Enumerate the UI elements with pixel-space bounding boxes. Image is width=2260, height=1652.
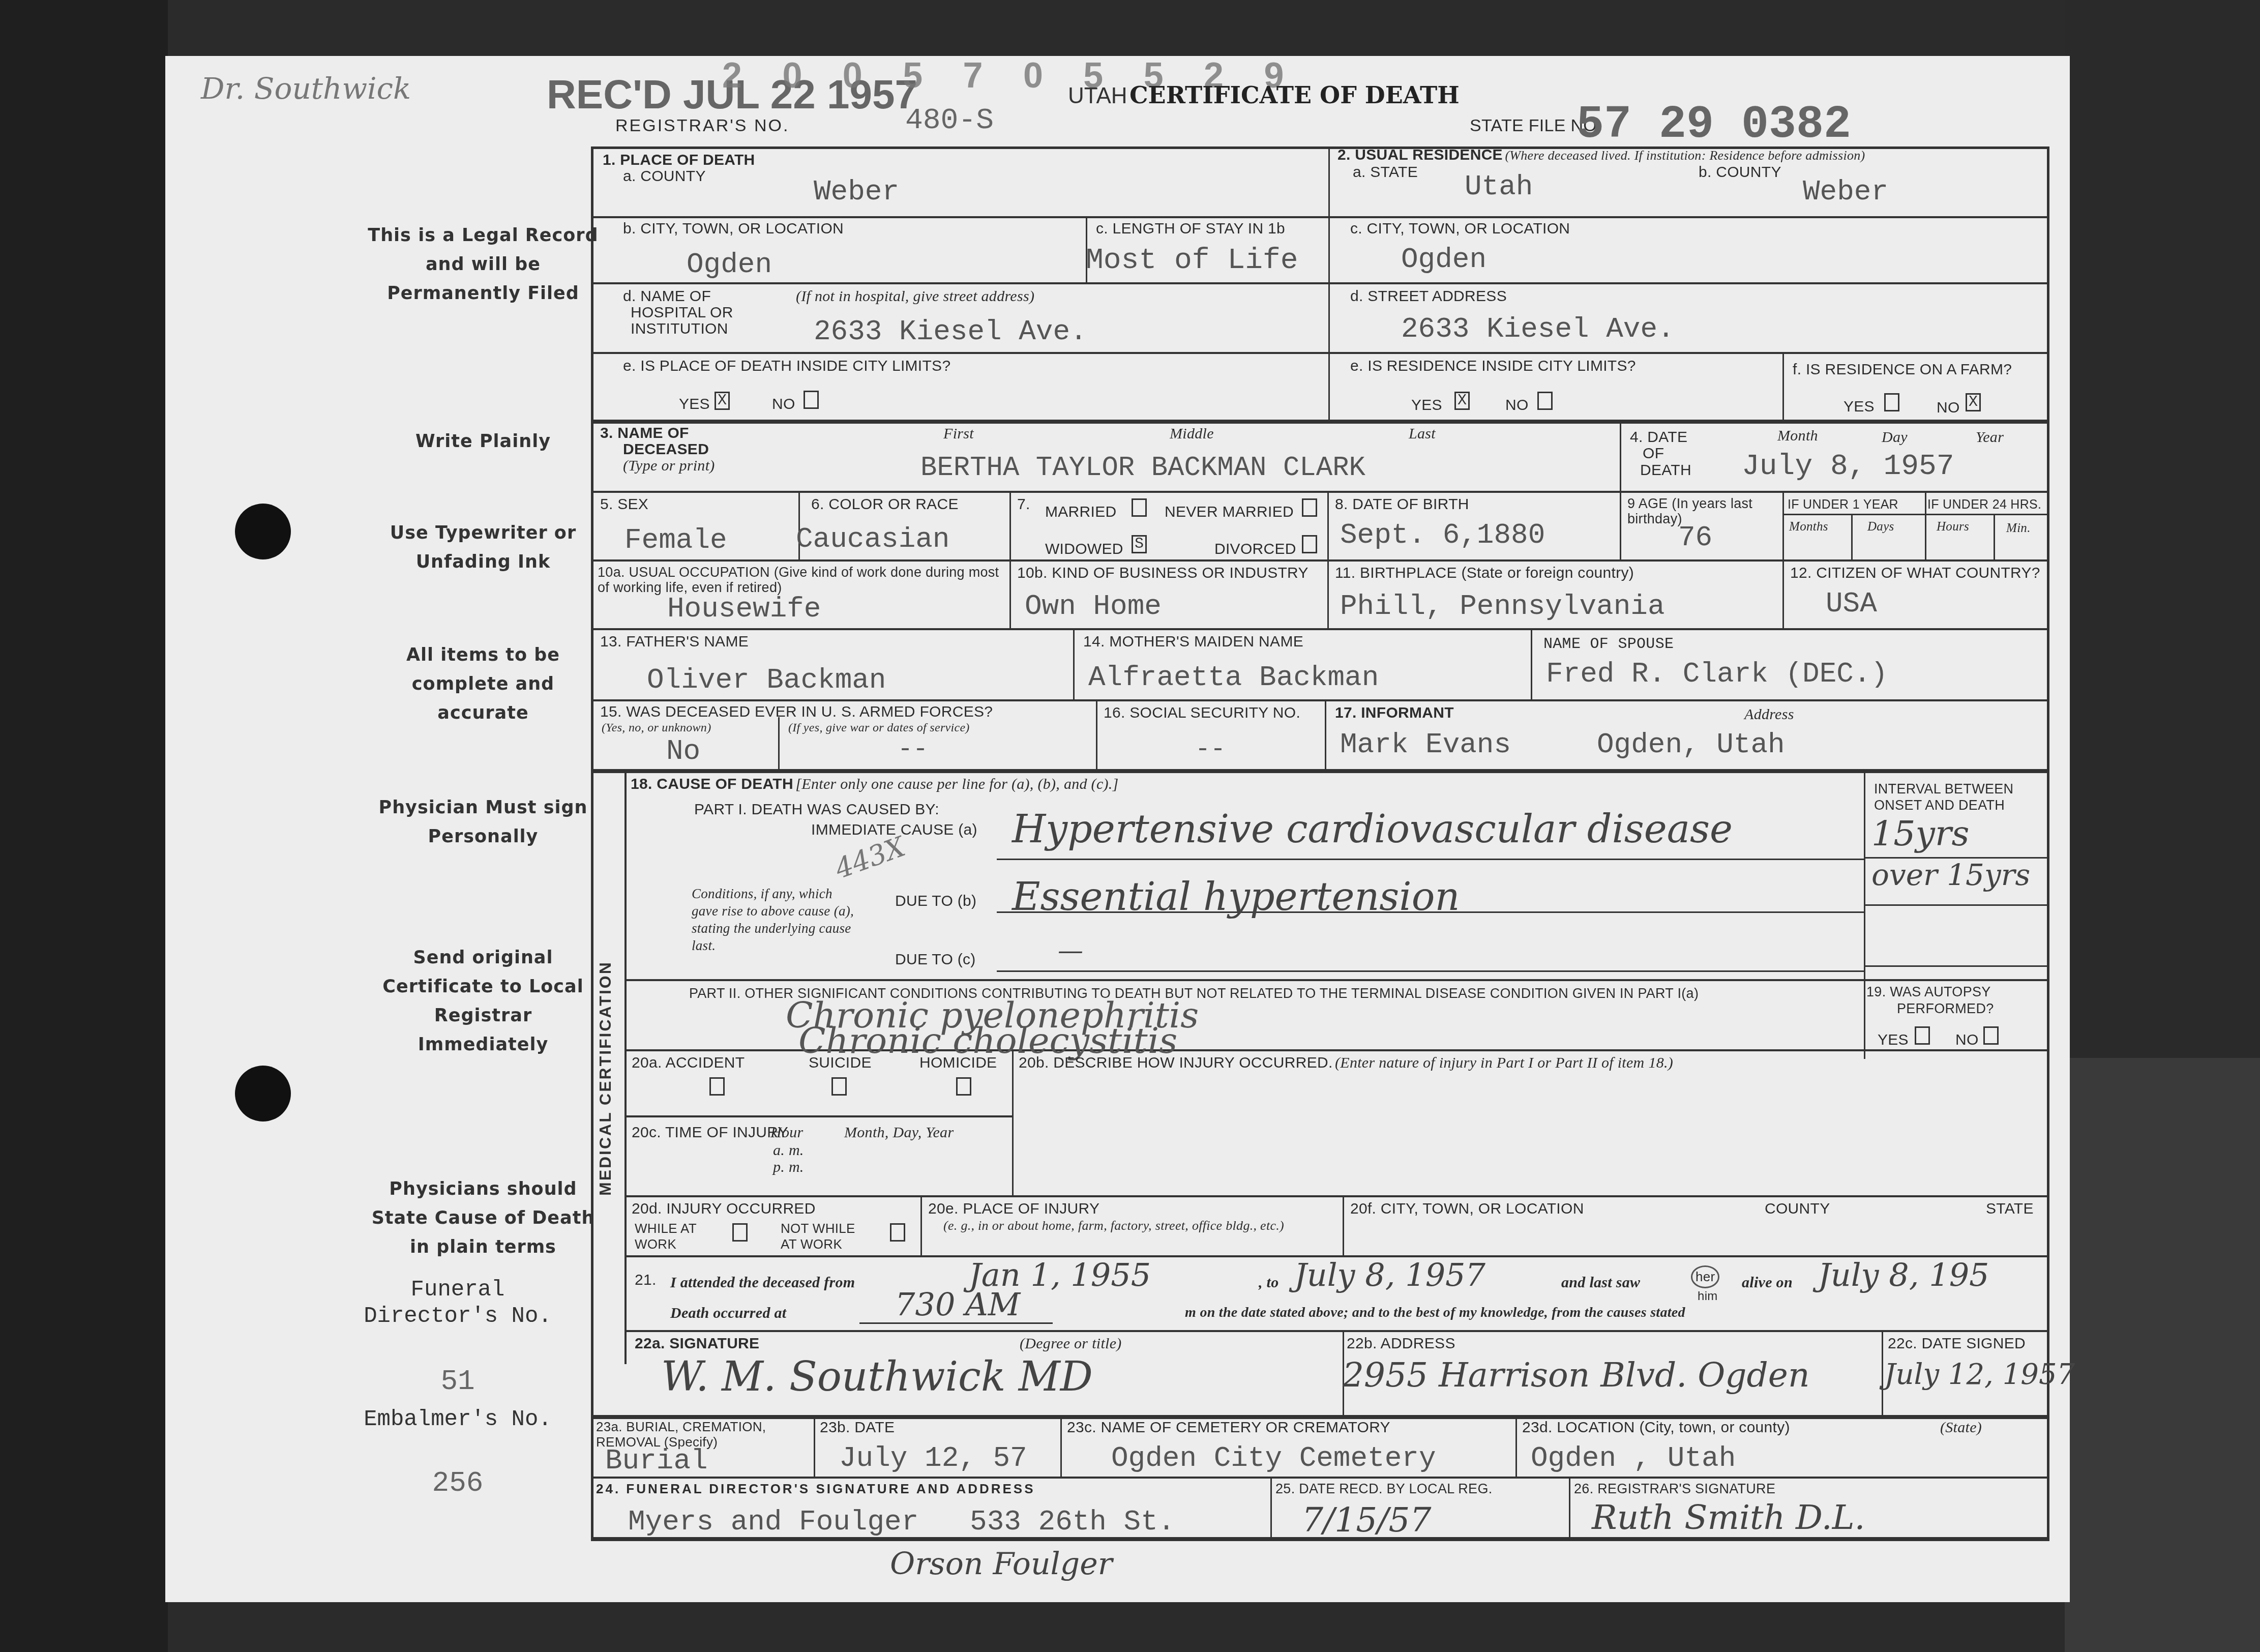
deceased-full-name: BERTHA TAYLOR BACKMAN CLARK: [920, 453, 1365, 484]
armed-forces-hint-yes-no: (Yes, no, or unknown): [602, 721, 711, 735]
handwritten-doctor-note: Dr. Southwick: [201, 71, 411, 106]
armed-forces-label: 15. WAS DECEASED EVER IN U. S. ARMED FOR…: [600, 703, 993, 721]
divider: [1515, 1415, 1517, 1478]
divider: [778, 717, 780, 769]
cause-of-death-label: 18. CAUSE OF DEATH: [631, 776, 793, 792]
usual-residence-label: 2. USUAL RESIDENCE: [1337, 146, 1503, 163]
not-while-at-work-checkbox[interactable]: [890, 1223, 905, 1242]
death-time-value: 730 AM: [895, 1286, 1020, 1323]
divider: [1851, 514, 1853, 559]
attestation-item-label: 21.: [635, 1272, 657, 1289]
never-married-checkbox[interactable]: [1302, 498, 1317, 517]
cemetery-value: Ogden City Cemetery: [1111, 1442, 1436, 1474]
sidebar-note-physician-sign: Physician Must sign Personally: [366, 793, 600, 851]
widowed-checkbox[interactable]: S: [1132, 535, 1147, 553]
accident-label: 20a. ACCIDENT: [632, 1054, 745, 1072]
widowed-label: WIDOWED: [1045, 541, 1123, 558]
occupation-label: 10a. USUAL OCCUPATION (Give kind of work…: [598, 565, 1004, 595]
hour-label: Hour: [770, 1124, 804, 1141]
death-county-value: Weber: [814, 175, 899, 208]
divider: [1328, 146, 1330, 420]
divider: [591, 699, 2049, 701]
death-inside-no-label: NO: [772, 396, 795, 413]
dob-value: Sept. 6,1880: [1340, 519, 1545, 551]
death-city-label: b. CITY, TOWN, OR LOCATION: [623, 220, 844, 238]
burial-location-value: Ogden , Utah: [1531, 1442, 1736, 1474]
never-married-label: NEVER MARRIED: [1165, 504, 1294, 521]
divider: [1620, 420, 1621, 491]
residence-street-value: 2633 Kiesel Ave.: [1401, 313, 1675, 345]
date-of-death-label-2: OF: [1643, 445, 1664, 462]
interval-b-value: over 15yrs: [1871, 860, 2039, 890]
divider: [1009, 491, 1011, 628]
informant-label: 17. INFORMANT: [1335, 704, 1454, 722]
sidebar-note-send-original: Send original Certificate to Local Regis…: [366, 943, 600, 1059]
alive-on-text: alive on: [1742, 1274, 1793, 1291]
divider: [920, 1195, 922, 1256]
divider: [1864, 904, 2049, 906]
funeral-director-no: 51: [341, 1368, 575, 1395]
divider: [1060, 1415, 1062, 1478]
residence-farm-yes-checkbox[interactable]: [1884, 393, 1899, 411]
injury-describe-header: 20b. DESCRIBE HOW INJURY OCCURRED. (Ente…: [1019, 1054, 1673, 1072]
suicide-checkbox[interactable]: [831, 1077, 847, 1096]
autopsy-label-1: 19. WAS AUTOPSY: [1866, 984, 1991, 1000]
physician-address-value: 2955 Harrison Blvd. Ogden: [1343, 1355, 1809, 1395]
residence-farm-label: f. IS RESIDENCE ON A FARM?: [1793, 361, 2012, 378]
attended-text: I attended the deceased from: [670, 1274, 855, 1291]
divider: [591, 420, 2049, 424]
ssn-label: 16. SOCIAL SECURITY NO.: [1104, 704, 1300, 722]
sidebar-note-plain-terms: Physicians should State Cause of Death i…: [366, 1175, 600, 1262]
date-of-death-label-3: DEATH: [1640, 462, 1691, 479]
title-main: CERTIFICATE OF DEATH: [1129, 81, 1460, 109]
under-1-year-label: IF UNDER 1 YEAR: [1788, 497, 1898, 512]
death-inside-yes-checkbox[interactable]: X: [715, 392, 730, 410]
divider: [627, 1195, 2049, 1197]
divider: [591, 559, 2049, 562]
spouse-value: Fred R. Clark (DEC.): [1546, 658, 1888, 690]
death-inside-city-label: e. IS PLACE OF DEATH INSIDE CITY LIMITS?: [623, 358, 950, 375]
place-of-death-label: 1. PLACE OF DEATH: [603, 152, 755, 169]
residence-farm-no-label: NO: [1937, 399, 1960, 417]
date-signed-value: July 12, 1957: [1884, 1358, 2075, 1391]
father-label: 13. FATHER'S NAME: [600, 633, 749, 651]
hospital-value: 2633 Kiesel Ave.: [814, 315, 1087, 348]
divider: [1782, 352, 1784, 420]
divider: [627, 1330, 2049, 1332]
married-label: MARRIED: [1045, 504, 1116, 521]
burial-date-label: 23b. DATE: [820, 1419, 895, 1436]
date-of-death-value: July 8, 1957: [1742, 450, 1954, 483]
scan-background-left: [0, 0, 168, 1652]
while-at-work-label: WHILE AT WORK: [635, 1221, 711, 1252]
sidebar-note-complete: All items to be complete and accurate: [366, 641, 600, 728]
length-of-stay-value: Most of Life: [1086, 244, 1298, 277]
divider: [591, 216, 2049, 218]
divider: [1925, 491, 1926, 559]
divider: [627, 1115, 1012, 1117]
registrar-signature: Ruth Smith D.L.: [1592, 1498, 1865, 1537]
residence-farm-yes-label: YES: [1843, 398, 1875, 416]
funeral-director-signature: Orson Foulger: [890, 1546, 1112, 1582]
registrar-no-label: REGISTRAR'S NO.: [615, 116, 789, 136]
registrar-signature-label: 26. REGISTRAR'S SIGNATURE: [1574, 1481, 1775, 1497]
deceased-name-label-1: 3. NAME OF: [600, 425, 689, 442]
medical-certification-label: MEDICAL CERTIFICATION: [596, 946, 621, 1211]
divider: [1994, 514, 1995, 559]
residence-inside-yes-checkbox[interactable]: X: [1454, 392, 1470, 410]
sidebar-note-legal-record: This is a Legal Record and will be Perma…: [366, 221, 600, 308]
under-24-hrs-label: IF UNDER 24 HRS.: [1927, 497, 2041, 512]
birthplace-value: Phill, Pennsylvania: [1340, 590, 1665, 623]
divider: [1270, 1477, 1272, 1540]
father-value: Oliver Backman: [647, 664, 886, 696]
burial-location-label: 23d. LOCATION (City, town, or county): [1522, 1419, 1790, 1436]
not-while-at-work-label: NOT WHILE AT WORK: [781, 1221, 862, 1252]
middle-name-label: Middle: [1170, 425, 1214, 442]
part1-label: PART I. DEATH WAS CAUSED BY:: [694, 801, 939, 818]
injury-county-label: COUNTY: [1765, 1200, 1830, 1218]
burial-method-value: Burial: [605, 1444, 708, 1477]
residence-city-value: Ogden: [1401, 243, 1486, 276]
hospital-label-2: HOSPITAL OR: [631, 304, 733, 321]
scan-background-right-lower: [2065, 1058, 2260, 1652]
death-county-label: a. COUNTY: [623, 168, 706, 185]
date-of-death-label-1: 4. DATE: [1630, 429, 1687, 446]
spouse-label: NAME OF SPOUSE: [1543, 636, 1674, 653]
usual-residence-header: 2. USUAL RESIDENCE (Where deceased lived…: [1337, 146, 1865, 164]
informant-address-label: Address: [1744, 706, 1794, 723]
time-of-injury-label: 20c. TIME OF INJURY: [632, 1124, 788, 1141]
underline-c: [997, 970, 1864, 972]
business-value: Own Home: [1025, 590, 1162, 623]
divider: [625, 769, 627, 1364]
due-to-c-label: DUE TO (c): [895, 951, 976, 968]
day-label: Day: [1882, 429, 1908, 446]
autopsy-label-2: PERFORMED?: [1897, 1001, 1994, 1017]
race-value: Caucasian: [796, 523, 949, 555]
divider: [1531, 628, 1532, 699]
residence-county-value: Weber: [1803, 175, 1888, 208]
residence-inside-yes-label: YES: [1411, 397, 1442, 414]
married-checkbox[interactable]: [1132, 498, 1147, 517]
underline-a: [997, 859, 1864, 860]
physician-address-label: 22b. ADDRESS: [1347, 1335, 1455, 1352]
to-text: , to: [1259, 1274, 1279, 1291]
hospital-label-3: INSTITUTION: [631, 320, 728, 338]
place-of-injury-label: 20e. PLACE OF INJURY: [928, 1200, 1099, 1218]
month-label: Month: [1777, 427, 1818, 445]
sex-value: Female: [625, 524, 727, 556]
due-to-b-value: Essential hypertension: [1012, 874, 1460, 919]
occupation-value: Housewife: [667, 593, 821, 625]
death-occurred-text: Death occurred at: [670, 1305, 786, 1322]
embalmer-no: 256: [341, 1470, 575, 1496]
punch-hole-icon: [235, 1066, 291, 1122]
residence-county-label: b. COUNTY: [1699, 164, 1781, 181]
cause-of-death-hint: [Enter only one cause per line for (a), …: [795, 776, 1118, 792]
divider: [591, 769, 2049, 773]
conditions-hint: Conditions, if any, which gave rise to a…: [692, 885, 854, 954]
death-inside-yes-label: YES: [679, 396, 710, 413]
divider: [1327, 491, 1329, 628]
months-label: Months: [1789, 520, 1828, 534]
death-stated-text: m on the date stated above; and to the b…: [1185, 1305, 1685, 1321]
sidebar-note-typewriter: Use Typewriter or Unfading Ink: [366, 519, 600, 577]
divider: [1782, 491, 1784, 628]
burial-date-value: July 12, 57: [839, 1442, 1027, 1474]
divider: [1782, 514, 2049, 515]
cause-of-death-header: 18. CAUSE OF DEATH [Enter only one cause…: [631, 776, 1119, 793]
usual-residence-hint: (Where deceased lived. If institution: R…: [1505, 148, 1865, 163]
funeral-director-label: 24. FUNERAL DIRECTOR'S SIGNATURE AND ADD…: [596, 1481, 1035, 1497]
divider: [1343, 1195, 1344, 1256]
deceased-name-label-3: (Type or print): [623, 457, 715, 475]
armed-forces-value: No: [666, 735, 700, 768]
divider: [1073, 628, 1075, 699]
last-name-label: Last: [1409, 425, 1436, 442]
mother-value: Alfraetta Backman: [1088, 661, 1379, 694]
divider: [1096, 699, 1097, 769]
sidebar-note-write-plainly: Write Plainly: [366, 427, 600, 456]
cemetery-label: 23c. NAME OF CEMETERY OR CREMATORY: [1067, 1419, 1390, 1436]
injury-city-label: 20f. CITY, TOWN, OR LOCATION: [1350, 1200, 1584, 1218]
business-label: 10b. KIND OF BUSINESS OR INDUSTRY: [1017, 565, 1309, 582]
interval-a-value: 15yrs: [1871, 814, 1969, 854]
divider: [591, 1415, 2049, 1419]
divider: [814, 1415, 815, 1478]
divider: [1325, 699, 1326, 769]
month-day-year-label: Month, Day, Year: [844, 1124, 954, 1141]
due-to-c-value: —: [1058, 936, 1083, 965]
injury-describe-hint: (Enter nature of injury in Part I or Par…: [1335, 1054, 1673, 1071]
date-signed-label: 22c. DATE SIGNED: [1888, 1335, 2026, 1352]
divider: [1012, 1049, 1014, 1197]
citizen-label: 12. CITIZEN OF WHAT COUNTRY?: [1790, 565, 2040, 582]
birthplace-label: 11. BIRTHPLACE (State or foreign country…: [1335, 565, 1634, 582]
injury-describe-label: 20b. DESCRIBE HOW INJURY OCCURRED.: [1019, 1054, 1333, 1071]
hours-label: Hours: [1937, 520, 1969, 534]
title-prefix: UTAH: [1068, 83, 1127, 108]
signature-label: 22a. SIGNATURE: [635, 1335, 759, 1352]
registrar-no: 480-S: [905, 104, 994, 137]
informant-value: Mark Evans: [1340, 728, 1511, 761]
citizen-value: USA: [1826, 587, 1877, 620]
accident-checkbox[interactable]: [709, 1077, 725, 1096]
alive-on-value: July 8, 195: [1818, 1256, 1989, 1293]
residence-street-label: d. STREET ADDRESS: [1350, 288, 1507, 305]
divider: [1569, 1477, 1570, 1540]
informant-address-value: Ogden, Utah: [1597, 728, 1785, 761]
homicide-label: HOMICIDE: [919, 1054, 997, 1072]
document-title: UTAH CERTIFICATE OF DEATH: [1068, 81, 1460, 109]
divider: [591, 282, 2049, 284]
first-name-label: First: [943, 425, 974, 442]
burial-state-label: (State): [1940, 1419, 1982, 1436]
injury-occurred-label: 20d. INJURY OCCURRED: [632, 1200, 816, 1218]
residence-inside-city-label: e. IS RESIDENCE INSIDE CITY LIMITS?: [1350, 358, 1636, 375]
length-of-stay-label: c. LENGTH OF STAY IN 1b: [1096, 220, 1285, 238]
residence-inside-no-label: NO: [1505, 397, 1529, 414]
punch-hole-icon: [235, 504, 291, 559]
divider: [591, 352, 2049, 354]
divider: [1882, 1330, 1883, 1417]
state-file-no: 57 29 0382: [1577, 99, 1851, 151]
homicide-checkbox[interactable]: [956, 1077, 971, 1096]
deceased-name-label-2: DECEASED: [623, 441, 709, 458]
divider: [591, 491, 2049, 493]
year-label: Year: [1976, 429, 2004, 446]
residence-state-value: Utah: [1465, 170, 1533, 203]
residence-inside-no-checkbox[interactable]: [1537, 392, 1553, 410]
divider: [591, 1477, 2049, 1479]
last-saw-text: and last saw: [1561, 1274, 1640, 1291]
dob-label: 8. DATE OF BIRTH: [1335, 496, 1469, 513]
interval-label: INTERVAL BETWEEN ONSET AND DEATH: [1874, 781, 2042, 813]
injury-state-label: STATE: [1986, 1200, 2034, 1218]
armed-forces-hint-dates: (If yes, give war or dates of service): [788, 721, 970, 735]
while-at-work-checkbox[interactable]: [732, 1223, 748, 1242]
divorced-label: DIVORCED: [1214, 541, 1296, 558]
hospital-hint: (If not in hospital, give street address…: [796, 288, 1034, 305]
pronoun-her-circled: her: [1691, 1265, 1719, 1288]
death-city-value: Ogden: [687, 248, 772, 281]
armed-forces-service-value: --: [898, 735, 928, 764]
divider: [627, 979, 2049, 981]
autopsy-no-checkbox[interactable]: [1983, 1026, 1999, 1045]
divider: [1864, 769, 1865, 1059]
am-label: a. m.: [773, 1142, 804, 1159]
race-label: 6. COLOR OR RACE: [811, 496, 959, 513]
age-value: 76: [1678, 521, 1712, 554]
funeral-director-no-label: Funeral Director's No.: [341, 1277, 575, 1330]
mother-label: 14. MOTHER'S MAIDEN NAME: [1083, 633, 1303, 651]
place-of-injury-hint: (e. g., in or about home, farm, factory,…: [943, 1218, 1330, 1233]
divorced-checkbox[interactable]: [1302, 535, 1317, 553]
sex-label: 5. SEX: [600, 496, 648, 513]
ssn-value: --: [1195, 735, 1226, 764]
minutes-label: Min.: [2006, 521, 2031, 536]
suicide-label: SUICIDE: [809, 1054, 872, 1072]
marital-status-label: 7.: [1017, 496, 1030, 513]
immediate-cause-value: Hypertensive cardiovascular disease: [1012, 806, 1733, 851]
degree-label: (Degree or title): [1020, 1335, 1122, 1352]
pm-label: p. m.: [773, 1159, 804, 1176]
physician-signature: W. M. Southwick MD: [661, 1353, 1093, 1400]
death-inside-no-checkbox[interactable]: [804, 391, 819, 409]
date-recd-label: 25. DATE RECD. BY LOCAL REG.: [1275, 1481, 1493, 1497]
embalmer-no-label: Embalmer's No.: [341, 1406, 575, 1433]
residence-state-label: a. STATE: [1353, 164, 1418, 181]
autopsy-no-label: NO: [1955, 1031, 1979, 1049]
due-to-b-label: DUE TO (b): [895, 893, 976, 910]
funeral-director-value: Myers and Foulger 533 26th St.: [628, 1506, 1175, 1538]
autopsy-yes-checkbox[interactable]: [1915, 1026, 1930, 1045]
date-recd-value: 7/15/57: [1302, 1500, 1431, 1540]
divider: [591, 628, 2049, 630]
residence-city-label: c. CITY, TOWN, OR LOCATION: [1350, 220, 1570, 238]
autopsy-yes-label: YES: [1878, 1031, 1909, 1049]
residence-farm-no-checkbox[interactable]: X: [1966, 393, 1981, 411]
divider: [1620, 491, 1621, 559]
hospital-label-1: d. NAME OF: [623, 288, 711, 305]
pronoun-him: him: [1698, 1289, 1718, 1304]
days-label: Days: [1867, 520, 1894, 534]
divider: [1864, 965, 2049, 967]
attended-to-value: July 8, 1957: [1294, 1256, 1485, 1293]
